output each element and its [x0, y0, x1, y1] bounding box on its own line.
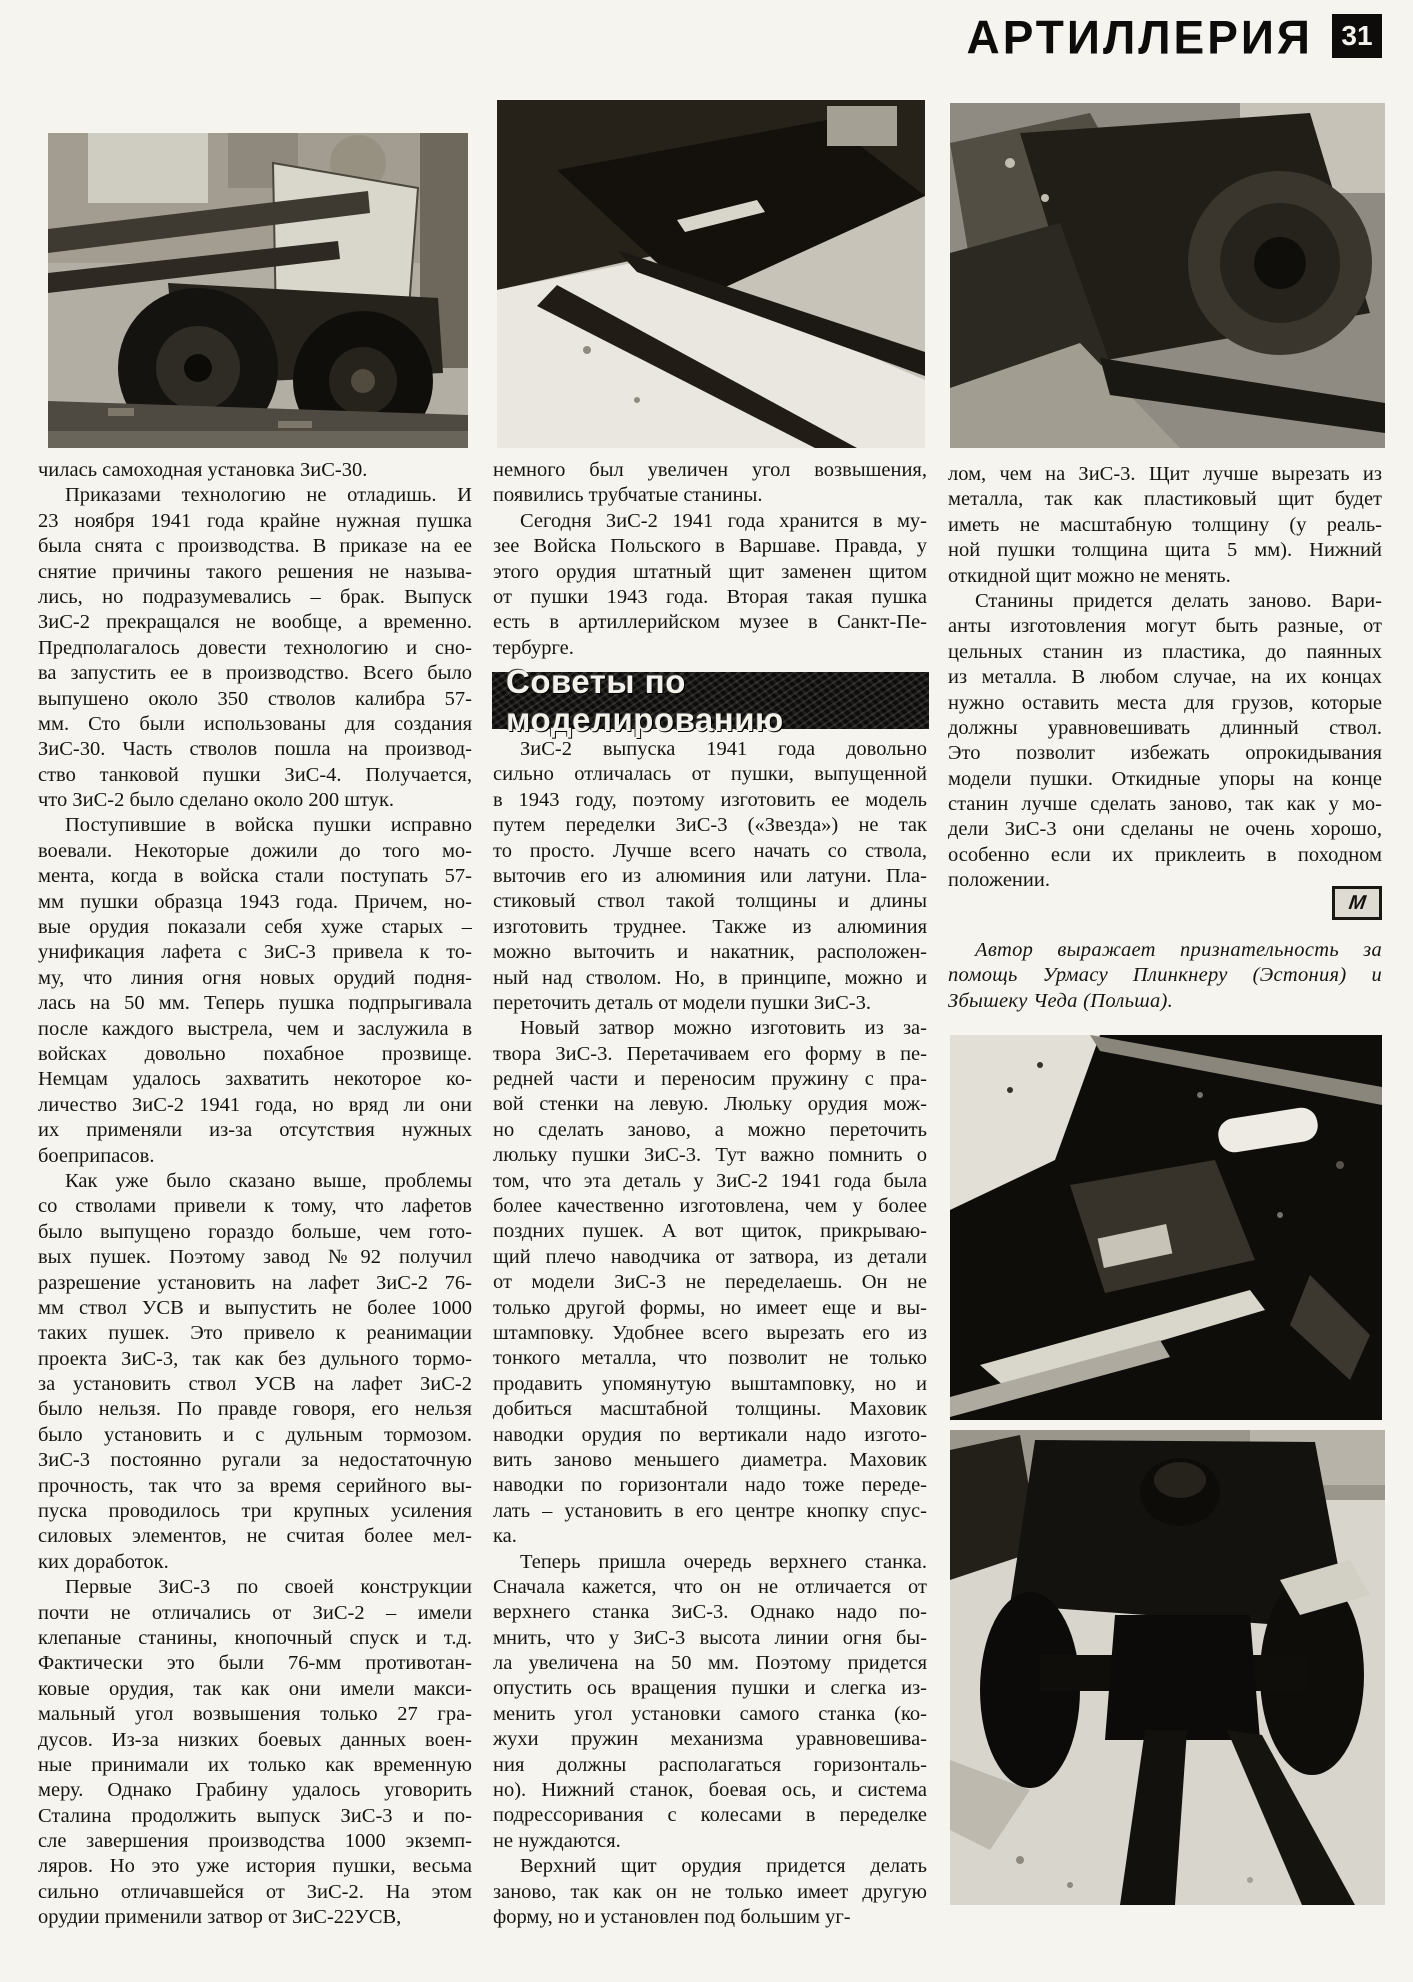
- acknowledgment-text: Автор выражает признательность запомощь …: [948, 938, 1382, 1014]
- paragraph: Приказами технологию не отладишь. И23 но…: [38, 483, 472, 813]
- text-line: тербурге.: [493, 636, 927, 661]
- text-line: му, что линия огня новых орудий подня-: [38, 966, 472, 991]
- text-line: анты изготовления могут быть разные, от: [948, 614, 1382, 639]
- text-line: металла, так как пластиковый щит будет: [948, 487, 1382, 512]
- text-line: мнить, что у ЗиС-3 высота линии огня бы-: [493, 1626, 927, 1651]
- text-line: ной пушки толщина щита 5 мм). Нижний: [948, 538, 1382, 563]
- text-line: воевали. Некоторые дожили до того мо-: [38, 839, 472, 864]
- photo-breech-closeup: [950, 103, 1385, 448]
- text-line: орудии применили затвор от ЗиС-22УСВ,: [38, 1905, 472, 1930]
- text-line: не нуждаются.: [493, 1829, 927, 1854]
- text-line: продавить упомянутую выштамповку, но и: [493, 1372, 927, 1397]
- text-line: том, что эта деталь у ЗиС-2 1941 года бы…: [493, 1169, 927, 1194]
- text-line: лать – установить в его центре кнопку сп…: [493, 1499, 927, 1524]
- paragraph: Новый затвор можно изготовить из за-твор…: [493, 1016, 927, 1549]
- text-line: пуска проводилось три крупных усиления: [38, 1499, 472, 1524]
- text-column-middle-top: немного был увеличен угол возвышения,поя…: [493, 458, 927, 661]
- text-line: Сегодня ЗиС-2 1941 года хранится в му-: [493, 509, 927, 534]
- paragraph: Как уже было сказано выше, проблемысо ст…: [38, 1169, 472, 1575]
- text-line: мм. Сто были использованы для создания: [38, 712, 472, 737]
- text-line: выточив его из алюминия или латуни. Пла-: [493, 864, 927, 889]
- text-line: ные принимали их только как временную: [38, 1753, 472, 1778]
- text-column-right: лом, чем на ЗиС-3. Щит лучше вырезать из…: [948, 462, 1382, 894]
- text-line: Автор выражает признательность за: [948, 938, 1382, 963]
- text-line: Это позволит избежать опрокидывания: [948, 741, 1382, 766]
- text-line: со стволами привели к тому, что лафетов: [38, 1194, 472, 1219]
- paragraph: Автор выражает признательность запомощь …: [948, 938, 1382, 1014]
- text-line: то просто. Лучше всего начать со ствола,: [493, 839, 927, 864]
- photo-gun-side-view: [48, 133, 468, 448]
- text-line: переточить деталь от модели пушки ЗиС-3.: [493, 991, 927, 1016]
- text-line: стиковый ствол такой толщины и длины: [493, 889, 927, 914]
- paragraph: Теперь пришла очередь верхнего станка.Сн…: [493, 1550, 927, 1855]
- text-line: можно выточить и накатник, расположен-: [493, 940, 927, 965]
- text-line: только другой формы, но имеет еще и вы-: [493, 1296, 927, 1321]
- text-line: нужно оставить места для грузов, которые: [948, 691, 1382, 716]
- text-column-left: чилась самоходная установка ЗиС-30.Прика…: [38, 458, 472, 1931]
- text-line: мальный угол возвышения только 27 гра-: [38, 1702, 472, 1727]
- text-line: подрессоривания с колесами в переделке: [493, 1803, 927, 1828]
- text-line: наводки орудия по вертикали надо изгото-: [493, 1423, 927, 1448]
- text-line: ляров. Но это уже история пушки, весьма: [38, 1854, 472, 1879]
- text-line: зее Войска Польского в Варшаве. Правда, …: [493, 534, 927, 559]
- end-of-article-logo: М: [1332, 886, 1382, 920]
- text-line: Поступившие в войска пушки исправно: [38, 813, 472, 838]
- text-line: 23 ноября 1941 года крайне нужная пушка: [38, 509, 472, 534]
- text-line: разрешение установить на лафет ЗиС-2 76-: [38, 1271, 472, 1296]
- text-line: была снята с производства. В приказе на …: [38, 534, 472, 559]
- text-line: ва запустить ее в производство. Всего бы…: [38, 661, 472, 686]
- text-line: наводки по горизонтали надо тоже переде-: [493, 1473, 927, 1498]
- text-line: менить угол установки самого станка (ко-: [493, 1702, 927, 1727]
- text-line: штамповку. Удобнее всего вырезать его из: [493, 1321, 927, 1346]
- text-line: форму, но и установлен под большим уг-: [493, 1905, 927, 1930]
- text-line: Немцам удалось захватить некоторое ко-: [38, 1067, 472, 1092]
- text-line: добиться масштабной толщины. Маховик: [493, 1397, 927, 1422]
- text-line: поздних пушек. А вот щиток, прикрываю-: [493, 1219, 927, 1244]
- text-line: твора ЗиС-3. Перетачиваем его форму в пе…: [493, 1042, 927, 1067]
- text-line: унификация лафета с ЗиС-3 привела к то-: [38, 940, 472, 965]
- photo-carriage-detail: [950, 1035, 1382, 1420]
- text-line: этого орудия штатный щит заменен щитом: [493, 560, 927, 585]
- paragraph: лом, чем на ЗиС-3. Щит лучше вырезать из…: [948, 462, 1382, 589]
- text-line: редней части и переносим пружину с пра-: [493, 1067, 927, 1092]
- text-line: мента, когда в войска стали поступать 57…: [38, 864, 472, 889]
- text-line: но). Нижний станок, боевая ось, и систем…: [493, 1778, 927, 1803]
- text-line: Теперь пришла очередь верхнего станка.: [493, 1550, 927, 1575]
- text-line: таких пушек. Это привело к реанимации: [38, 1321, 472, 1346]
- text-line: личество ЗиС-2 1941 года, но вряд ли они: [38, 1093, 472, 1118]
- text-line: особенно если их приклеить в походном: [948, 843, 1382, 868]
- text-line: но сделать заново, а можно переточить: [493, 1118, 927, 1143]
- text-line: меру. Однако Грабину удалось уговорить: [38, 1778, 472, 1803]
- text-line: вой стенки на левую. Люльку орудия мож-: [493, 1092, 927, 1117]
- text-line: Как уже было сказано выше, проблемы: [38, 1169, 472, 1194]
- text-line: дели ЗиС-3 они сделаны не очень хорошо,: [948, 817, 1382, 842]
- page-number-badge: 31: [1332, 14, 1382, 58]
- text-line: почти не отличались от ЗиС-2 – имели: [38, 1601, 472, 1626]
- paragraph: Первые ЗиС-3 по своей конструкциипочти н…: [38, 1575, 472, 1930]
- text-line: ЗиС-3 постоянно ругали за недостаточную: [38, 1448, 472, 1473]
- magazine-page: АРТИЛЛЕРИЯ 31: [0, 0, 1413, 1982]
- page-number: 31: [1341, 20, 1372, 52]
- text-line: после каждого выстрела, чем и заслужила …: [38, 1017, 472, 1042]
- text-line: из металла. В любом случае, на их концах: [948, 665, 1382, 690]
- text-line: было нельзя. По правде говоря, его нельз…: [38, 1397, 472, 1422]
- text-line: станин лучше сделать заново, так как у м…: [948, 792, 1382, 817]
- text-line: сильно отличалась от пушки, выпущенной: [493, 762, 927, 787]
- photo-gun-rear-view: [950, 1430, 1385, 1905]
- text-line: положении.: [948, 868, 1382, 893]
- text-column-middle-bottom: ЗиС-2 выпуска 1941 года довольносильно о…: [493, 737, 927, 1930]
- text-line: мм пушки образца 1943 года. Причем, но-: [38, 890, 472, 915]
- text-line: боеприпасов.: [38, 1144, 472, 1169]
- text-line: путем переделки ЗиС-3 («Звезда») не так: [493, 813, 927, 838]
- text-line: Первые ЗиС-3 по своей конструкции: [38, 1575, 472, 1600]
- text-line: ство танковой пушки ЗиС-4. Получается,: [38, 763, 472, 788]
- text-line: Новый затвор можно изготовить из за-: [493, 1016, 927, 1041]
- text-line: ЗиС-2 прекращался не вообще, а временно.: [38, 610, 472, 635]
- text-line: клепаные станины, кнопочный спуск и т.д.: [38, 1626, 472, 1651]
- text-line: заново, так как он не только имеет другу…: [493, 1880, 927, 1905]
- text-line: Сталина продолжить выпуск ЗиС-3 и по-: [38, 1804, 472, 1829]
- text-line: ких доработок.: [38, 1550, 472, 1575]
- section-banner-title: Советы по моделированию: [492, 663, 929, 739]
- text-line: от модели ЗиС-3 не переделаешь. Он не: [493, 1270, 927, 1295]
- text-line: вить заново меньшего диаметра. Маховик: [493, 1448, 927, 1473]
- text-line: чилась самоходная установка ЗиС-30.: [38, 458, 472, 483]
- text-line: вых пушек. Поэтому завод №92 получил: [38, 1245, 472, 1270]
- text-line: щий плечо наводчика от затвора, из детал…: [493, 1245, 927, 1270]
- paragraph: Сегодня ЗиС-2 1941 года хранится в му-зе…: [493, 509, 927, 661]
- text-line: силовых элементов, не считая более мел-: [38, 1524, 472, 1549]
- text-line: Станины придется делать заново. Вари-: [948, 589, 1382, 614]
- paragraph: Верхний щит орудия придется делатьзаново…: [493, 1854, 927, 1930]
- text-line: было выпущено гораздо больше, чем гото-: [38, 1220, 472, 1245]
- text-line: ка.: [493, 1524, 927, 1549]
- text-line: прочность, так что за время серийного вы…: [38, 1474, 472, 1499]
- text-line: появились трубчатые станины.: [493, 483, 927, 508]
- text-line: верхнего станка ЗиС-3. Однако надо по-: [493, 1600, 927, 1625]
- paragraph: Станины придется делать заново. Вари-ант…: [948, 589, 1382, 894]
- text-line: в 1943 году, поэтому изготовить ее модел…: [493, 788, 927, 813]
- text-line: опустить ось вращения пушки и слегка из-: [493, 1676, 927, 1701]
- text-line: за установить ствол УСВ на лафет ЗиС-2: [38, 1372, 472, 1397]
- text-line: есть в артиллерийском музее в Санкт-Пе-: [493, 610, 927, 635]
- text-line: вые орудия показали себя хуже старых –: [38, 915, 472, 940]
- text-line: снятие причины такого решения не называ-: [38, 560, 472, 585]
- text-line: лась на 50 мм. Теперь пушка подпрыгивала: [38, 991, 472, 1016]
- text-line: иметь не масштабную толщину (у реаль-: [948, 513, 1382, 538]
- text-line: ла увеличена на 50 мм. Поэтому придется: [493, 1651, 927, 1676]
- text-line: лом, чем на ЗиС-3. Щит лучше вырезать из: [948, 462, 1382, 487]
- text-line: должны уравновешивать длинный ствол.: [948, 716, 1382, 741]
- text-line: жухи пружин механизма уравновешива-: [493, 1727, 927, 1752]
- text-line: выпушено около 350 стволов калибра 57-: [38, 687, 472, 712]
- text-line: цельных станин из пластика, до паянных: [948, 640, 1382, 665]
- text-line: ЗиС-30. Часть стволов пошла на производ-: [38, 737, 472, 762]
- text-line: ЗиС-2 выпуска 1941 года довольно: [493, 737, 927, 762]
- text-line: модели пушки. Откидные упоры на конце: [948, 767, 1382, 792]
- text-line: тонкого металла, что позволит не только: [493, 1346, 927, 1371]
- text-line: проекта ЗиС-3, так как без дульного торм…: [38, 1347, 472, 1372]
- text-line: Верхний щит орудия придется делать: [493, 1854, 927, 1879]
- paragraph: ЗиС-2 выпуска 1941 года довольносильно о…: [493, 737, 927, 1016]
- text-line: ный над стволом. Но, в принципе, можно и: [493, 966, 927, 991]
- text-line: что ЗиС-2 было сделано около 200 штук.: [38, 788, 472, 813]
- paragraph: чилась самоходная установка ЗиС-30.: [38, 458, 472, 483]
- text-line: Фактически это были 76-мм противотан-: [38, 1651, 472, 1676]
- text-line: дусов. Из-за низких боевых данных воен-: [38, 1728, 472, 1753]
- text-line: ковые орудия, так как они имели макси-: [38, 1677, 472, 1702]
- text-line: откидной щит можно не менять.: [948, 564, 1382, 589]
- text-line: Сначала кажется, что он не отличается от: [493, 1575, 927, 1600]
- text-line: люльку пушки ЗиС-3. Тут важно помнить о: [493, 1143, 927, 1168]
- photo-gun-trails-snow: [497, 100, 925, 448]
- text-line: изготовить труднее. Также из алюминия: [493, 915, 927, 940]
- section-title: АРТИЛЛЕРИЯ: [967, 9, 1314, 64]
- text-line: помощь Урмасу Плинкнеру (Эстония) и: [948, 963, 1382, 988]
- text-line: сильно отличавшейся от ЗиС-2. На этом: [38, 1880, 472, 1905]
- section-banner: Советы по моделированию: [492, 672, 929, 729]
- text-line: сле завершения производства 1000 экземп-: [38, 1829, 472, 1854]
- paragraph: Поступившие в войска пушки исправновоева…: [38, 813, 472, 1168]
- text-line: ния должны располагаться горизонталь-: [493, 1753, 927, 1778]
- text-line: более качественно изготовлена, чем у бол…: [493, 1194, 927, 1219]
- text-line: войсках довольно похабное прозвище.: [38, 1042, 472, 1067]
- text-line: от пушки 1943 года. Вторая такая пушка: [493, 585, 927, 610]
- text-line: Приказами технологию не отладишь. И: [38, 483, 472, 508]
- text-line: было установить и с дульным тормозом.: [38, 1423, 472, 1448]
- text-line: немного был увеличен угол возвышения,: [493, 458, 927, 483]
- text-line: лись, но подразумевались – брак. Выпуск: [38, 585, 472, 610]
- magazine-m-icon: М: [1347, 893, 1366, 913]
- text-line: Предполагалось довести технологию и сно-: [38, 636, 472, 661]
- text-line: Збышеку Чеда (Польша).: [948, 989, 1382, 1014]
- text-line: их применяли из-за отсутствия нужных: [38, 1118, 472, 1143]
- paragraph: немного был увеличен угол возвышения,поя…: [493, 458, 927, 509]
- text-line: мм ствол УСВ и выпустить не более 1000: [38, 1296, 472, 1321]
